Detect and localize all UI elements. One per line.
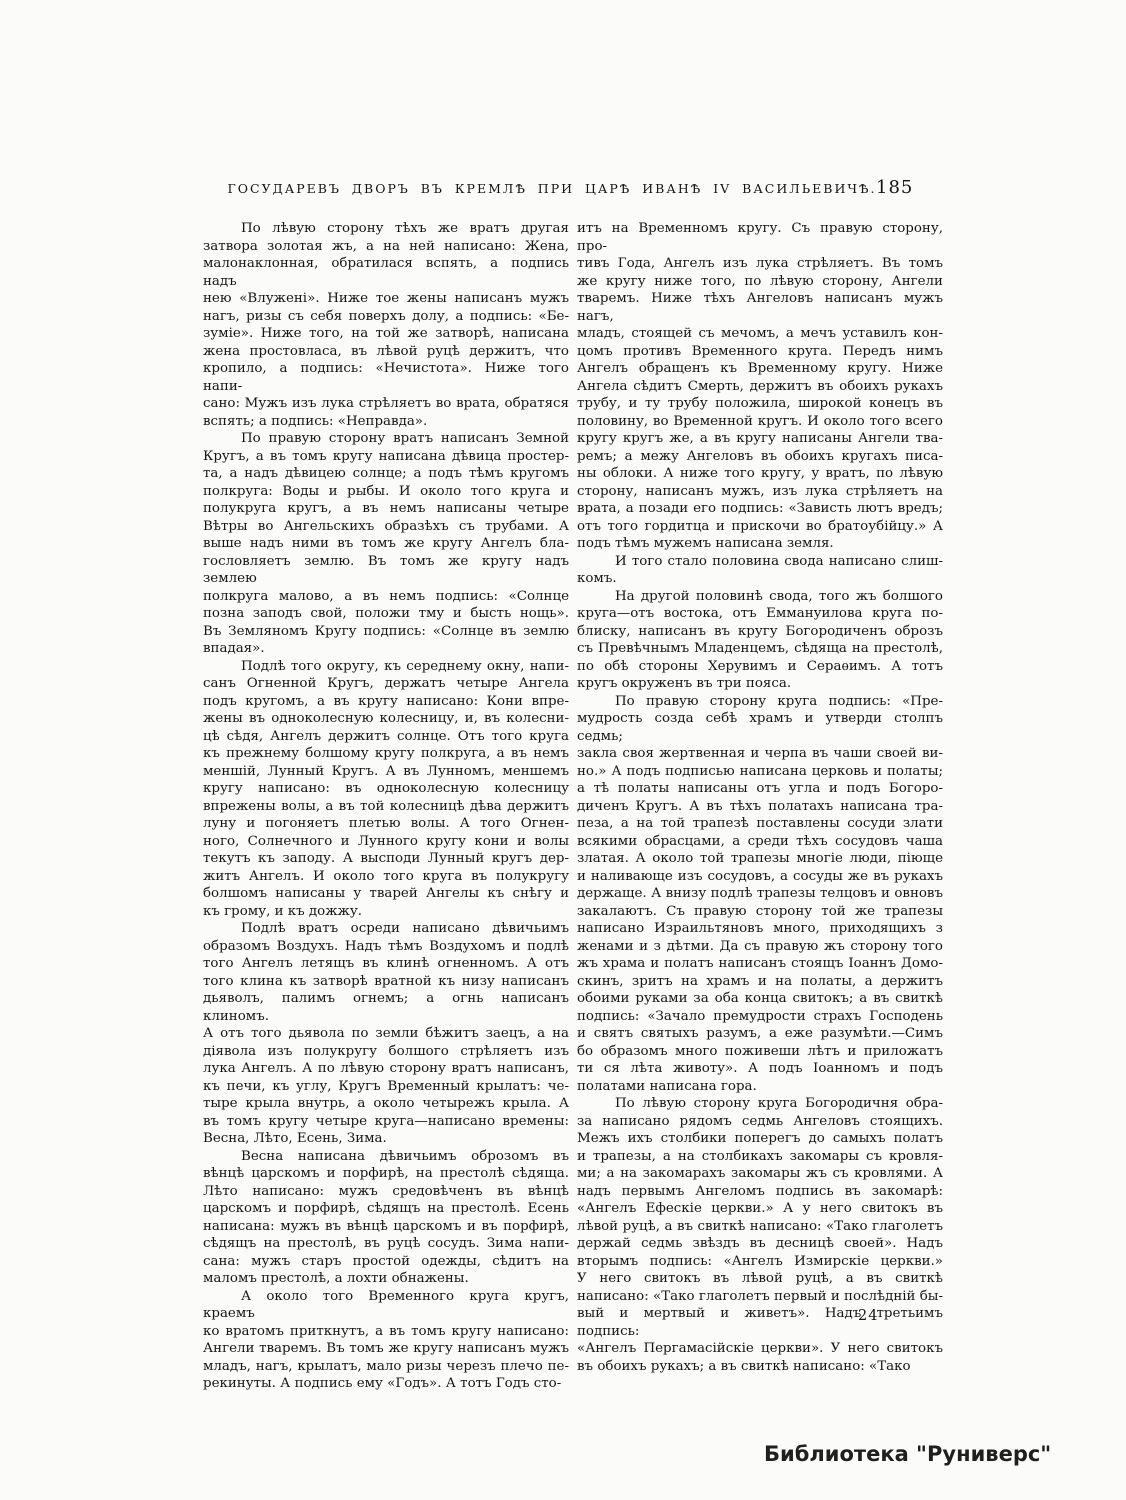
text-line: къ прежнему болшому кругу полкруга, а въ…	[203, 745, 569, 763]
text-line: кругъ окруженъ въ три пояса.	[577, 675, 943, 693]
text-line: Весна написана дѣвичьимъ оброзомъ въ	[203, 1148, 569, 1166]
text-line: но.» А подъ подписью написана церковь и …	[577, 763, 943, 781]
text-line: луну и погоняетъ плетью волы. А того Огн…	[203, 815, 569, 833]
text-line: итъ на Временномъ кругу. Съ правую сторо…	[577, 220, 943, 255]
text-line: Кругъ, а въ томъ кругу написана дѣвица п…	[203, 448, 569, 466]
text-line: Подлѣ того округу, къ середнему окну, на…	[203, 658, 569, 676]
text-line: Лѣто написано: мужъ средовѣченъ въ вѣнцѣ	[203, 1183, 569, 1201]
text-line: пеза, а на той трапезѣ поставлены сосуди…	[577, 815, 943, 833]
paragraph: По правую сторону вратъ написанъ ЗемнойК…	[203, 430, 569, 658]
paragraph: По правую сторону круга подпись: «Пре-му…	[577, 693, 943, 1096]
text-line: сѣдящъ на престолѣ, въ руцѣ сосудъ. Зима…	[203, 1235, 569, 1253]
text-line: а тѣ полаты написаны отъ угла и подъ Бог…	[577, 780, 943, 798]
paragraph: И того стало половина свода написано сли…	[577, 553, 943, 588]
text-line: женами и з дѣтми. Да съ правую жъ сторон…	[577, 938, 943, 956]
text-line: жъ храма и полатъ написанъ стоящъ Іоаннъ…	[577, 955, 943, 973]
text-line: лѣвой руцѣ, а въ свиткѣ написано: «Тако …	[577, 1218, 943, 1236]
paragraph: Весна написана дѣвичьимъ оброзомъ въвѣнц…	[203, 1148, 569, 1288]
text-line: царскомъ и порфирѣ, сѣдящъ на престолѣ. …	[203, 1200, 569, 1218]
text-line: А около того Временного круга кругъ, кра…	[203, 1288, 569, 1323]
text-line: по обѣ стороны Херувимъ и Сераѳимъ. А то…	[577, 658, 943, 676]
text-line: текутъ къ заподу. А высподи Лунный кругъ…	[203, 850, 569, 868]
text-line: и святъ святыхъ разумъ, а еже разумѣти.—…	[577, 1025, 943, 1043]
text-line: затвора золотая жъ, а на ней написано: Ж…	[203, 238, 569, 256]
paragraph: Подлѣ того округу, къ середнему окну, на…	[203, 658, 569, 921]
text-line: полукруга кругъ, а въ немъ написаны четы…	[203, 500, 569, 518]
text-line: рекинуты. А подпись ему «Годъ». А тотъ Г…	[203, 1375, 569, 1393]
text-line: всякими обрасцами, а среди тѣхъ сосудовъ…	[577, 833, 943, 851]
signature-mark: 24	[858, 1308, 878, 1324]
text-line: маломъ престолѣ, а лохти обнажены.	[203, 1270, 569, 1288]
scanned-book-page: ГОСУДАРЕВЪ ДВОРЪ ВЪ КРЕМЛѢ ПРИ ЦАРѢ ИВАН…	[0, 0, 1126, 1500]
text-line: вторымъ подпись: «Ангелъ Измирскіе церкв…	[577, 1253, 943, 1271]
paragraph: итъ на Временномъ кругу. Съ правую сторо…	[577, 220, 943, 553]
text-line: тваремъ. Ниже тѣхъ Ангеловъ написанъ муж…	[577, 290, 943, 325]
text-line: діявола изъ полукругу болшого стрѣляетъ …	[203, 1043, 569, 1061]
text-line: цомъ противъ Временного круга. Передъ ни…	[577, 343, 943, 361]
text-line: «Ангелъ Ефескіе церкви.» А у него свиток…	[577, 1200, 943, 1218]
text-line: написано: «Тако глаголетъ первый и послѣ…	[577, 1288, 943, 1306]
text-line: въ томъ кругу четыре круга—написано врем…	[203, 1113, 569, 1131]
text-line: кропило, а подпись: «Нечистота». Ниже то…	[203, 360, 569, 395]
text-line: въ обоихъ рукахъ; а въ свиткѣ написано: …	[577, 1358, 943, 1376]
text-line: держаще. А внизу подлѣ трапезы телцовъ и…	[577, 885, 943, 903]
text-line: закла своя жертвенная и черпа въ чаши св…	[577, 745, 943, 763]
text-line: выше надъ ними въ томъ же кругу Ангелъ б…	[203, 535, 569, 553]
text-line: и наливающе изъ сосудовъ, а сосуды же въ…	[577, 868, 943, 886]
text-line: круга—отъ востока, отъ Еммануилова круга…	[577, 605, 943, 623]
text-line: комъ.	[577, 570, 943, 588]
library-watermark: Библиотека "Руниверс"	[764, 1442, 1051, 1466]
text-line: впрежены волы, а въ той колесницѣ дѣва д…	[203, 798, 569, 816]
text-line: Весна, Лѣто, Есень, Зима.	[203, 1130, 569, 1148]
text-line: нею «Влужені». Ниже тое жены написанъ му…	[203, 290, 569, 308]
text-line: подъ кругомъ, а въ кругу написано: Кони …	[203, 693, 569, 711]
text-line: надъ первымъ Ангеломъ подпись въ закомар…	[577, 1183, 943, 1201]
running-header: ГОСУДАРЕВЪ ДВОРЪ ВЪ КРЕМЛѢ ПРИ ЦАРѢ ИВАН…	[172, 181, 932, 196]
text-column-left: По лѣвую сторону тѣхъ же вратъ другаязат…	[203, 220, 569, 1393]
text-line: Подлѣ вратъ осреди написано дѣвичьимъ	[203, 920, 569, 938]
text-line: блиску, написанъ въ кругу Богородиченъ о…	[577, 623, 943, 641]
page-number: 185	[876, 177, 913, 198]
text-line: трубу, и ту трубу положила, широкой коне…	[577, 395, 943, 413]
text-line: младъ, стоящей съ мечомъ, а мечъ уставил…	[577, 325, 943, 343]
text-line: гословляетъ землю. Въ томъ же кругу надъ…	[203, 553, 569, 588]
text-line: По правую сторону вратъ написанъ Земной	[203, 430, 569, 448]
text-line: вый и мертвый и живетъ». Надъ третьимъ п…	[577, 1305, 943, 1340]
text-line: ремъ; а межу Ангеловъ въ обоихъ кругахъ …	[577, 448, 943, 466]
text-line: Ангела сѣдитъ Смерть, держитъ въ обоихъ …	[577, 378, 943, 396]
paragraph: По лѣвую сторону тѣхъ же вратъ другаязат…	[203, 220, 569, 430]
text-line: ти ся лѣта животу». А подъ Іоанномъ и по…	[577, 1060, 943, 1078]
text-line: А отъ того дьявола по земли бѣжитъ заецъ…	[203, 1025, 569, 1043]
paragraph: Подлѣ вратъ осреди написано дѣвичьимъобр…	[203, 920, 569, 1148]
text-line: бо образомъ много поживеши лѣтъ и прилож…	[577, 1043, 943, 1061]
paragraph: А около того Временного круга кругъ, кра…	[203, 1288, 569, 1393]
text-line: тивъ Года, Ангелъ изъ лука стрѣляетъ. Въ…	[577, 255, 943, 273]
text-line: младъ, нагъ, крылатъ, мало ризы черезъ п…	[203, 1358, 569, 1376]
text-line: цѣ сѣдя, Ангелъ держитъ солнце. Отъ того…	[203, 728, 569, 746]
text-line: Въ Земляномъ Кругу подпись: «Солнце въ з…	[203, 623, 569, 641]
text-line: того клина къ затворѣ вратной къ низу на…	[203, 973, 569, 991]
text-line: закалаютъ. Съ правую сторону той же трап…	[577, 903, 943, 921]
text-line: По лѣвую сторону круга Богородичня обра-	[577, 1095, 943, 1113]
text-line: образомъ Воздухъ. Надъ тѣмъ Воздухомъ и …	[203, 938, 569, 956]
text-line: мудрость созда себѣ храмъ и утверди стол…	[577, 710, 943, 745]
text-line: написано Израильтяновъ много, приходящих…	[577, 920, 943, 938]
text-line: Вѣтры во Ангельскихъ образѣхъ съ трубами…	[203, 518, 569, 536]
text-line: болшомъ написаны у тварей Ангелы къ снѣг…	[203, 885, 569, 903]
text-line: ного, Солнечного и Лунного кругу кони и …	[203, 833, 569, 851]
text-line: «Ангелъ Пергамасійскіе церкви». У него с…	[577, 1340, 943, 1358]
text-line: И того стало половина свода написано сли…	[577, 553, 943, 571]
text-line: По правую сторону круга подпись: «Пре-	[577, 693, 943, 711]
text-line: санъ Огненной Кругъ, держатъ четыре Анге…	[203, 675, 569, 693]
text-line: врата, а позади его подпись: «Зависть лю…	[577, 500, 943, 518]
text-line: жена простовласа, въ лѣвой руцѣ держитъ,…	[203, 343, 569, 361]
text-line: и трапезы, а на столбикахъ закомары съ к…	[577, 1148, 943, 1166]
text-line: кругу написано: въ одноколесную колесниц…	[203, 780, 569, 798]
text-line: Ангели тваремъ. Въ томъ же кругу написан…	[203, 1340, 569, 1358]
text-line: сана: мужъ старъ простой одежды, сѣдитъ …	[203, 1253, 569, 1271]
text-line: та, а надъ дѣвицею солнце; а подъ тѣмъ к…	[203, 465, 569, 483]
text-line: подъ тѣмъ мужемъ написана земля.	[577, 535, 943, 553]
paragraph: По лѣвую сторону круга Богородичня обра-…	[577, 1095, 943, 1375]
text-line: ми; а на закомарахъ закомары жъ съ кровл…	[577, 1165, 943, 1183]
text-line: жены въ одноколесную колесницу, и, въ ко…	[203, 710, 569, 728]
text-line: вспять; а подпись: «Неправда».	[203, 413, 569, 431]
text-line: зуміе». Ниже того, на той же затворѣ, на…	[203, 325, 569, 343]
text-line: отъ того гордитца и прискочи во братоубі…	[577, 518, 943, 536]
text-line: впадая».	[203, 640, 569, 658]
text-line: лука Ангелъ. А по лѣвую сторону вратъ на…	[203, 1060, 569, 1078]
text-line: ко вратомъ приткнутъ, а въ томъ кругу на…	[203, 1323, 569, 1341]
text-line: къ печи, къ углу, Кругъ Временный крылат…	[203, 1078, 569, 1096]
text-line: позна заподъ свой, положи тму и бысть но…	[203, 605, 569, 623]
text-line: полкруга: Воды и рыбы. И около того круг…	[203, 483, 569, 501]
text-line: съ Превѣчнымъ Младенцемъ, сѣдяща на прес…	[577, 640, 943, 658]
text-line: дьяволъ, палимъ огнемъ; а огнь написанъ …	[203, 990, 569, 1025]
text-line: По лѣвую сторону тѣхъ же вратъ другая	[203, 220, 569, 238]
text-line: Межъ ихъ столбики поперегъ до самыхъ пол…	[577, 1130, 943, 1148]
text-line: нагъ, ризы съ себя поверхъ долу, а подпи…	[203, 308, 569, 326]
text-line: вѣнцѣ царскомъ и порфирѣ, на престолѣ сѣ…	[203, 1165, 569, 1183]
text-line: держай седмь звѣздъ въ десницѣ своей». Н…	[577, 1235, 943, 1253]
text-line: златая. А около той трапезы многіе люди,…	[577, 850, 943, 868]
text-line: малонаклонная, обратилася вспять, а подп…	[203, 255, 569, 290]
text-line: написана: мужъ въ вѣнцѣ царскомъ и въ по…	[203, 1218, 569, 1236]
text-line: сано: Мужъ изъ лука стрѣляетъ во врата, …	[203, 395, 569, 413]
text-line: На другой половинѣ свода, того жъ болшог…	[577, 588, 943, 606]
text-line: житъ Ангелъ. И около того круга въ полук…	[203, 868, 569, 886]
text-line: подпись: «Зачало премудрости страхъ Госп…	[577, 1008, 943, 1026]
text-line: обоими руками за оба конца свитокъ; а въ…	[577, 990, 943, 1008]
text-line: Ангелъ обращенъ къ Временному кругу. Ниж…	[577, 360, 943, 378]
text-column-right: итъ на Временномъ кругу. Съ правую сторо…	[577, 220, 943, 1375]
text-line: къ грому, и къ дожжу.	[203, 903, 569, 921]
text-line: У него свитокъ въ лѣвой руцѣ, а въ свитк…	[577, 1270, 943, 1288]
text-line: ны облоки. А ниже того кругу, у вратъ, п…	[577, 465, 943, 483]
text-line: диченъ Кругъ. А въ тѣхъ полатахъ написан…	[577, 798, 943, 816]
text-line: за написано рядомъ седмь Ангеловъ стоящи…	[577, 1113, 943, 1131]
text-line: тыре крыла внутрь, а около четырежъ крыл…	[203, 1095, 569, 1113]
text-line: полатами написана гора.	[577, 1078, 943, 1096]
text-line: кругу кругъ же, а въ кругу написаны Анге…	[577, 430, 943, 448]
text-line: скинъ, зритъ на храмъ и на полаты, а дер…	[577, 973, 943, 991]
text-line: половину, во Временной кругъ. И около то…	[577, 413, 943, 431]
text-line: того Ангелъ летящъ въ клинѣ огненномъ. А…	[203, 955, 569, 973]
text-line: полкруга малово, а въ немъ подпись: «Сол…	[203, 588, 569, 606]
text-line: сторону, написанъ мужъ, изъ лука стрѣляе…	[577, 483, 943, 501]
text-line: меншій, Лунный Кругъ. А въ Лунномъ, менш…	[203, 763, 569, 781]
text-line: же кругу ниже того, по лѣвую сторону, Ан…	[577, 273, 943, 291]
paragraph: На другой половинѣ свода, того жъ болшог…	[577, 588, 943, 693]
